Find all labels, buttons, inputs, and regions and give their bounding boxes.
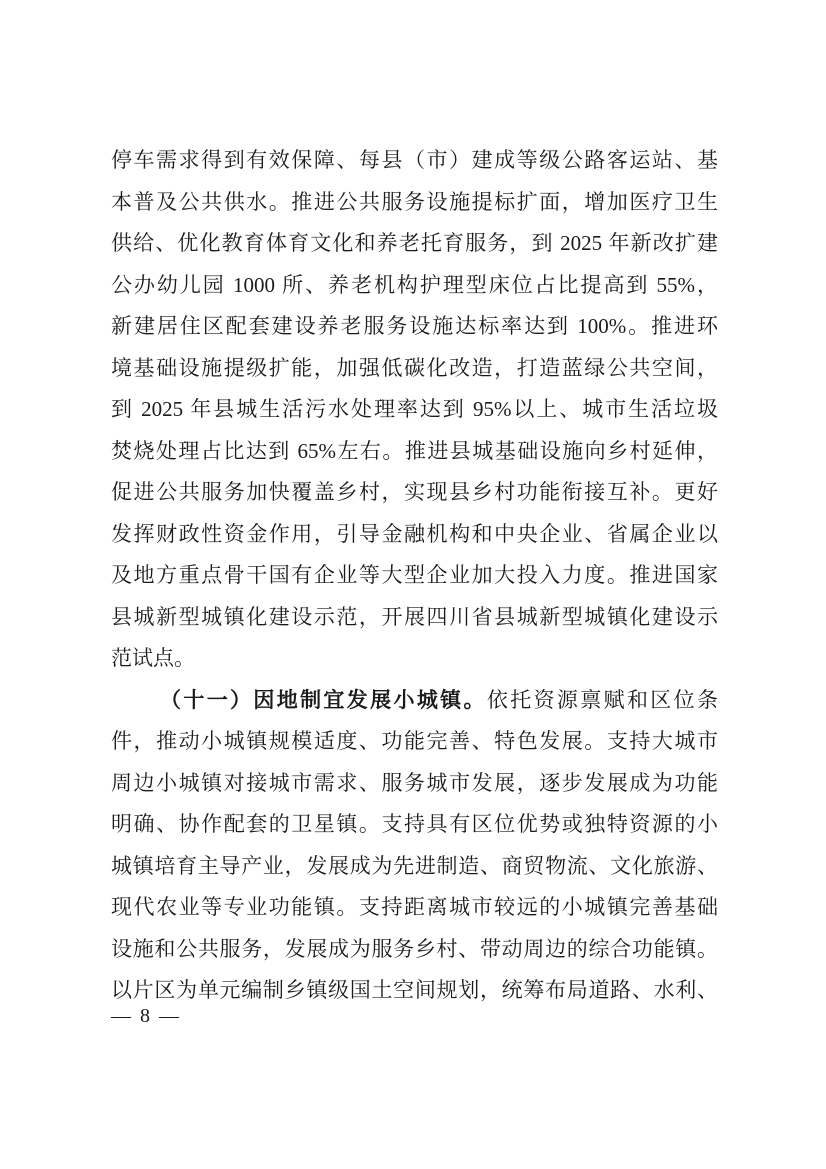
body-text: 明确、协作配套的卫星镇。支持具有区位优势或独特资源的小 — [111, 812, 718, 836]
body-text: 停车需求得到有效保障、每县（市）建成等级公路客运站、基 — [111, 148, 718, 172]
text-line: 新建居住区配套建设养老服务设施达标率达到 100%。推进环 — [111, 306, 718, 348]
text-line: 周边小城镇对接城市需求、服务城市发展，逐步发展成为功能 — [111, 763, 718, 805]
body-text: 及地方重点骨干国有企业等大型企业加大投入力度。推进国家 — [111, 563, 718, 587]
text-line: 现代农业等专业功能镇。支持距离城市较远的小城镇完善基础 — [111, 887, 718, 929]
body-text: 到 2025 年县城生活污水处理率达到 95%以上、城市生活垃圾 — [111, 397, 718, 421]
body-text: 供给、优化教育体育文化和养老托育服务，到 2025 年新改扩建 — [111, 231, 718, 255]
body-text: 件，推动小城镇规模适度、功能完善、特色发展。支持大城市 — [111, 729, 718, 753]
text-line: 明确、协作配套的卫星镇。支持具有区位优势或独特资源的小 — [111, 804, 718, 846]
text-line: 公办幼儿园 1000 所、养老机构护理型床位占比提高到 55%， — [111, 265, 718, 307]
body-text: 发挥财政性资金作用，引导金融机构和中央企业、省属企业以 — [111, 522, 718, 546]
text-line: 焚烧处理占比达到 65%左右。推进县城基础设施向乡村延伸， — [111, 431, 718, 473]
body-text: 现代农业等专业功能镇。支持距离城市较远的小城镇完善基础 — [111, 895, 718, 919]
text-line: （十一）因地制宜发展小城镇。依托资源禀赋和区位条 — [111, 680, 718, 722]
text-line: 范试点。 — [111, 638, 718, 680]
document-page: 停车需求得到有效保障、每县（市）建成等级公路客运站、基本普及公共供水。推进公共服… — [0, 0, 826, 1169]
body-text: 境基础设施提级扩能，加强低碳化改造，打造蓝绿公共空间， — [111, 356, 718, 380]
body-text: 周边小城镇对接城市需求、服务城市发展，逐步发展成为功能 — [111, 771, 718, 795]
document-body: 停车需求得到有效保障、每县（市）建成等级公路客运站、基本普及公共供水。推进公共服… — [111, 140, 718, 1012]
body-text: 城镇培育主导产业，发展成为先进制造、商贸物流、文化旅游、 — [111, 854, 718, 878]
body-text: 设施和公共服务，发展成为服务乡村、带动周边的综合功能镇。 — [111, 937, 718, 961]
text-line: 到 2025 年县城生活污水处理率达到 95%以上、城市生活垃圾 — [111, 389, 718, 431]
body-text: 促进公共服务加快覆盖乡村，实现县乡村功能衔接互补。更好 — [111, 480, 718, 504]
body-text: 本普及公共供水。推进公共服务设施提标扩面，增加医疗卫生 — [111, 190, 718, 214]
body-text: 县城新型城镇化建设示范，开展四川省县城新型城镇化建设示 — [111, 605, 718, 629]
text-line: 停车需求得到有效保障、每县（市）建成等级公路客运站、基 — [111, 140, 718, 182]
text-line: 境基础设施提级扩能，加强低碳化改造，打造蓝绿公共空间， — [111, 348, 718, 390]
text-line: 城镇培育主导产业，发展成为先进制造、商贸物流、文化旅游、 — [111, 846, 718, 888]
text-line: 县城新型城镇化建设示范，开展四川省县城新型城镇化建设示 — [111, 597, 718, 639]
text-line: 供给、优化教育体育文化和养老托育服务，到 2025 年新改扩建 — [111, 223, 718, 265]
body-text: 依托资源禀赋和区位条 — [487, 688, 718, 712]
text-line: 以片区为单元编制乡镇级国土空间规划，统筹布局道路、水利、 — [111, 970, 718, 1012]
text-line: 发挥财政性资金作用，引导金融机构和中央企业、省属企业以 — [111, 514, 718, 556]
text-line: 件，推动小城镇规模适度、功能完善、特色发展。支持大城市 — [111, 721, 718, 763]
body-text: 以片区为单元编制乡镇级国土空间规划，统筹布局道路、水利、 — [111, 978, 718, 1002]
section-heading-text: （十一）因地制宜发展小城镇。 — [160, 688, 487, 712]
text-line: 本普及公共供水。推进公共服务设施提标扩面，增加医疗卫生 — [111, 182, 718, 224]
body-text: 范试点。 — [111, 646, 195, 670]
page-number: — 8 — — [111, 1000, 181, 1032]
body-text: 公办幼儿园 1000 所、养老机构护理型床位占比提高到 55%， — [111, 273, 718, 297]
text-line: 促进公共服务加快覆盖乡村，实现县乡村功能衔接互补。更好 — [111, 472, 718, 514]
body-text: 新建居住区配套建设养老服务设施达标率达到 100%。推进环 — [111, 314, 718, 338]
text-line: 及地方重点骨干国有企业等大型企业加大投入力度。推进国家 — [111, 555, 718, 597]
text-line: 设施和公共服务，发展成为服务乡村、带动周边的综合功能镇。 — [111, 929, 718, 971]
body-text: 焚烧处理占比达到 65%左右。推进县城基础设施向乡村延伸， — [111, 439, 718, 463]
